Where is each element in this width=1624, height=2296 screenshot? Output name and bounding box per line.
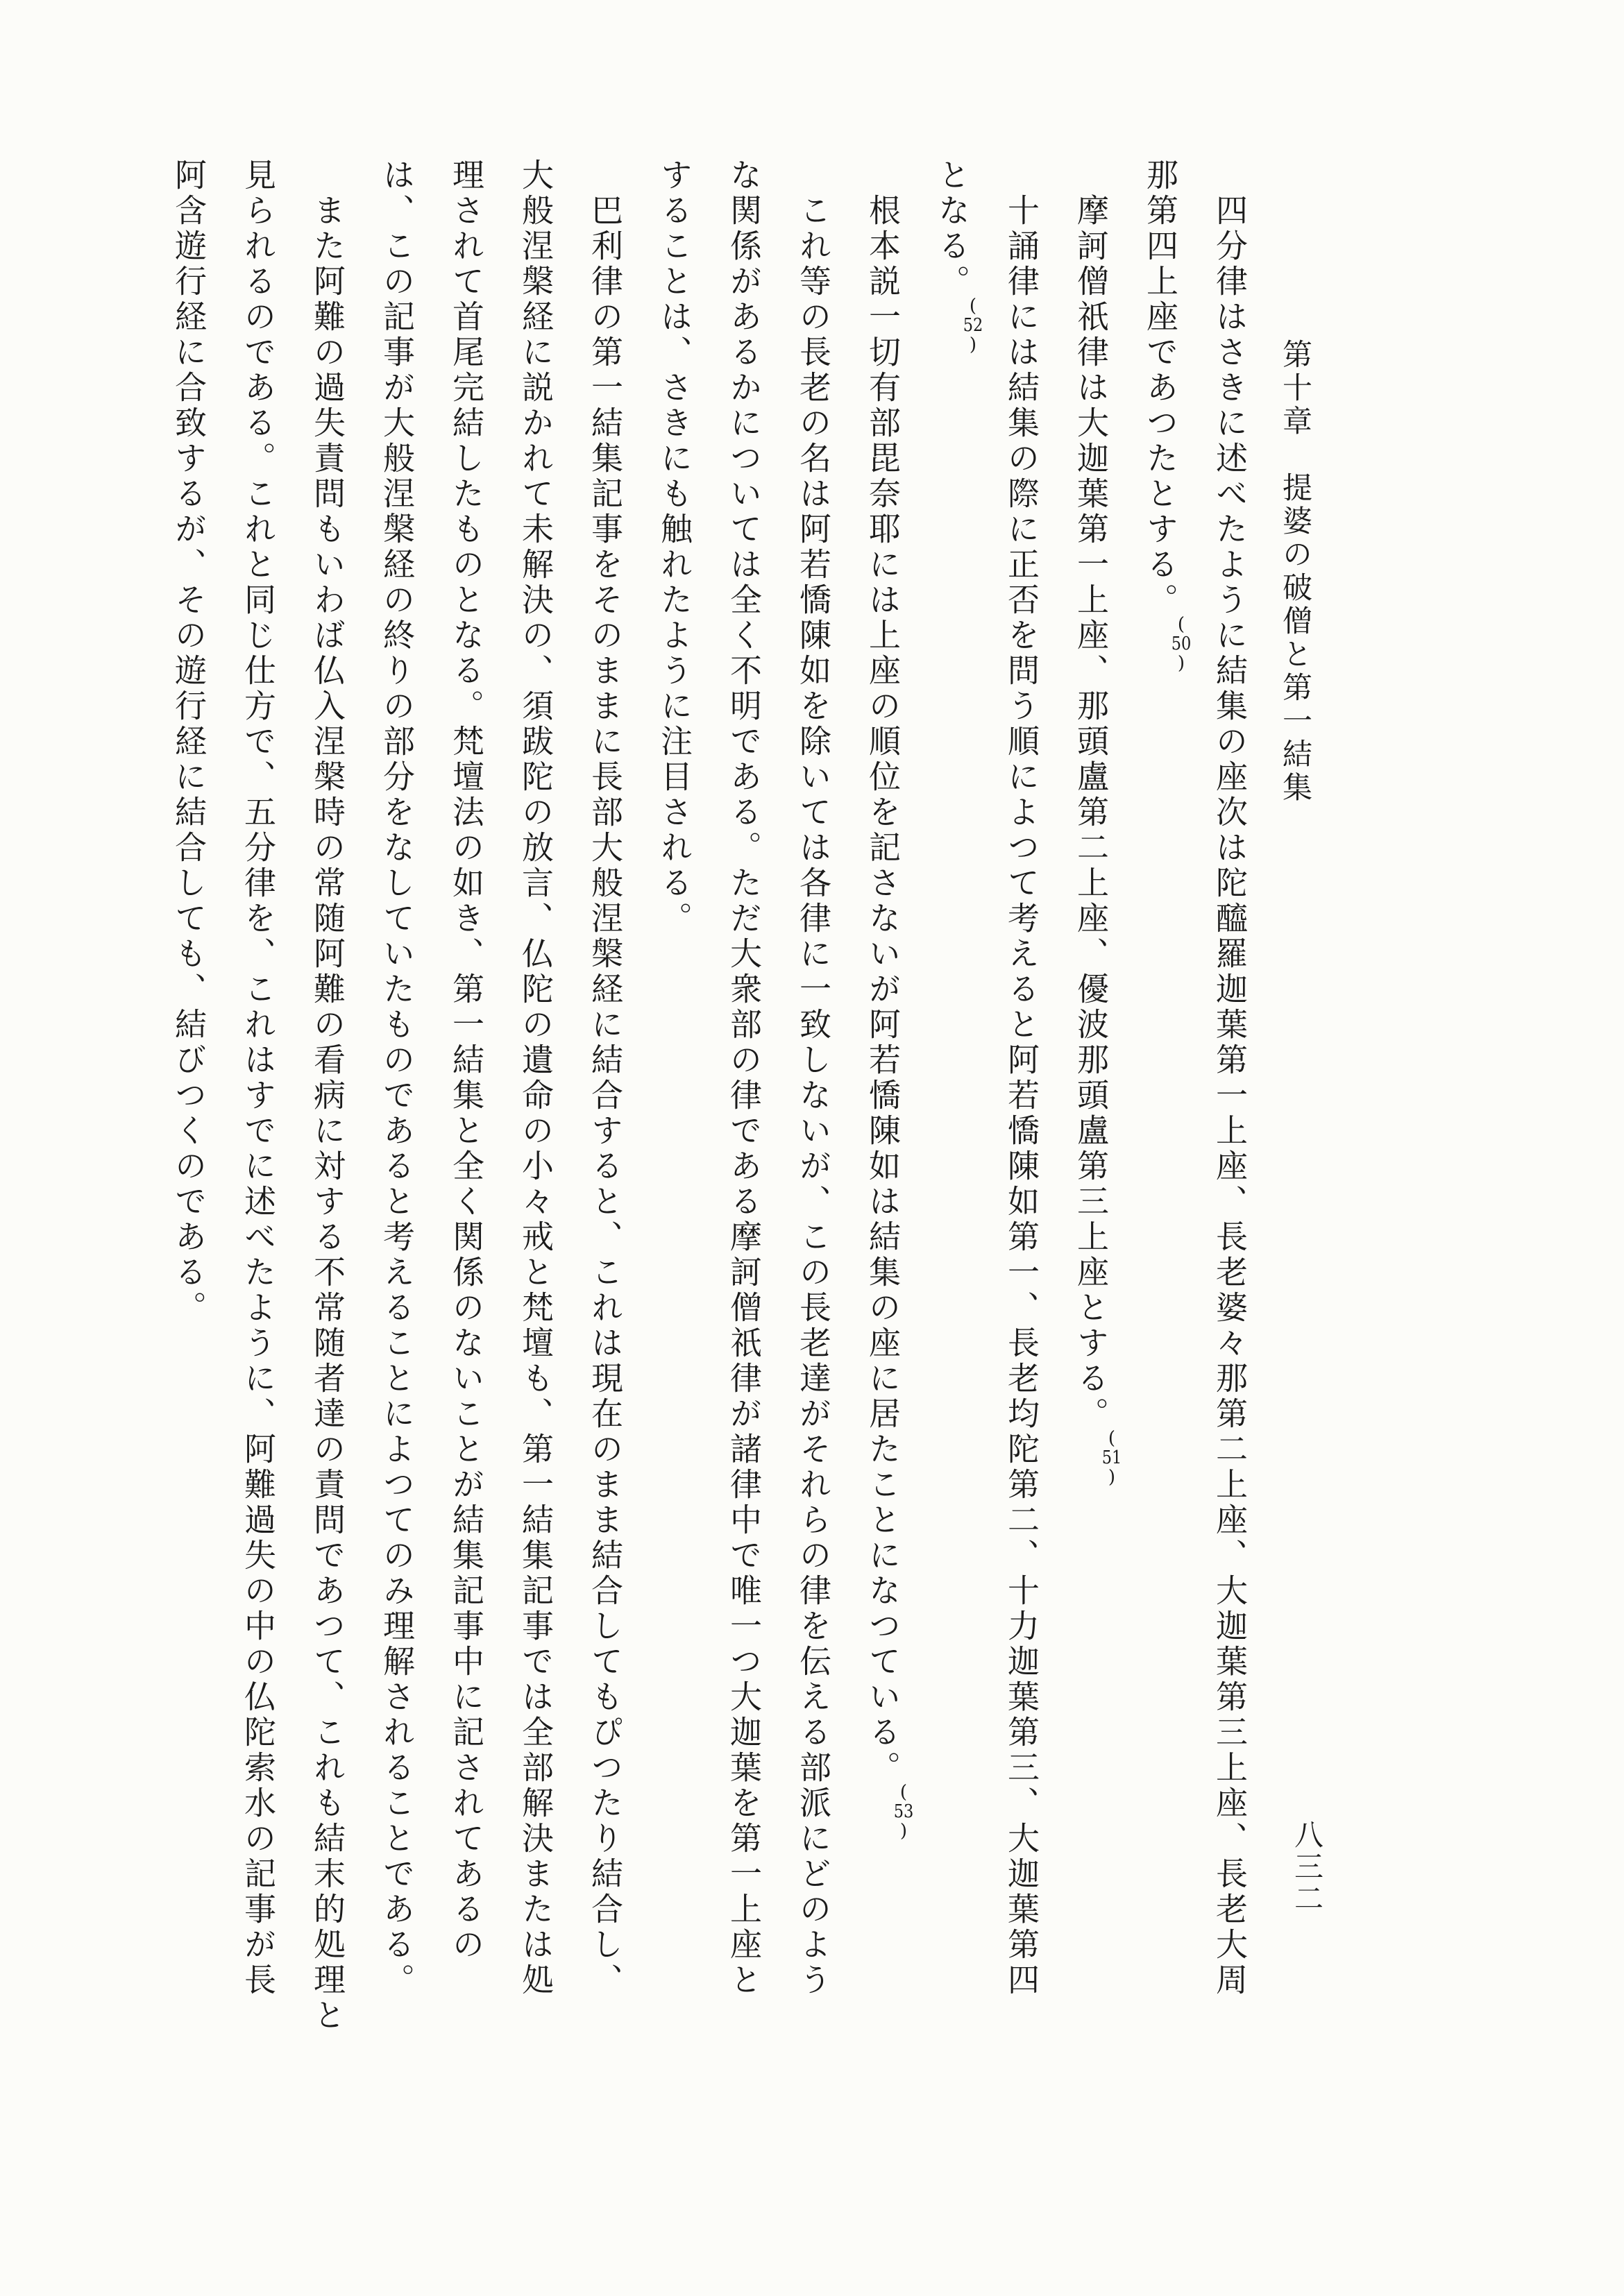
column-text: これ等の長老の名は阿若憍陳如を除いては各律に一致しないが、この長老達がそれらの律… <box>795 194 832 1998</box>
column-text: することは、さきにも触れたように注目される。 <box>656 158 693 937</box>
footnote-marker: (50) <box>1171 614 1192 674</box>
book-page: 第十章 提婆の破僧と第一結集 八三二 四分律はさきに述べたように結集の座次は陀醯… <box>0 0 1624 2296</box>
column-text: な関係があるかについては全く不明である。ただ大衆部の律である摩訶僧祇律が諸律中で… <box>725 158 763 1998</box>
text-column: これ等の長老の名は阿若憍陳如を除いては各律に一致しないが、この長老達がそれらの律… <box>779 158 848 2042</box>
column-text: 阿含遊行経に合致するが、その遊行経に結合しても、結びつくのである。 <box>170 158 208 1326</box>
footnote-number: 52 <box>963 316 983 334</box>
text-column: 見られるのである。これと同じ仕方で、五分律を、これはすでに述べたように、阿難過失… <box>223 158 293 2042</box>
text-column: 巴利律の第一結集記事をそのままに長部大般涅槃経に結合すると、これは現在のまま結合… <box>570 158 640 2042</box>
column-text: 那第四上座であつたとする。 <box>1142 158 1179 618</box>
footnote-marker: (52) <box>963 296 983 355</box>
footnote-paren-open: ( <box>893 1782 914 1803</box>
column-text: は、この記事が大般涅槃経の終りの部分をなしていたものであると考えることによつての… <box>378 158 416 1998</box>
column-text: となる。 <box>933 158 971 300</box>
footnote-paren-close: ) <box>963 334 983 355</box>
text-column: 阿含遊行経に合致するが、その遊行経に結合しても、結びつくのである。 <box>154 158 223 2042</box>
text-column: 根本説一切有部毘奈耶には上座の順位を記さないが阿若憍陳如は結集の座に居たことにな… <box>848 158 917 2042</box>
footnote-paren-open: ( <box>1101 1428 1122 1449</box>
column-text: 大般涅槃経に説かれて未解決の、須跋陀の放言、仏陀の遺命の小々戒と梵壇も、第一結集… <box>517 158 555 1998</box>
text-column: となる。(52) <box>917 158 987 2042</box>
text-column: 那第四上座であつたとする。(50) <box>1126 158 1195 2042</box>
footnote-marker: (53) <box>893 1782 914 1842</box>
text-column: することは、さきにも触れたように注目される。 <box>640 158 709 2042</box>
footnote-paren-open: ( <box>963 296 983 316</box>
column-text: 四分律はさきに述べたように結集の座次は陀醯羅迦葉第一上座、長老婆々那第二上座、大… <box>1211 194 1249 1998</box>
column-text: 理されて首尾完結したものとなる。梵壇法の如き、第一結集と全く関係のないことが結集… <box>448 158 485 1963</box>
text-column: 理されて首尾完結したものとなる。梵壇法の如き、第一結集と全く関係のないことが結集… <box>432 158 501 2042</box>
text-column: また阿難の過失責問もいわば仏入涅槃時の常随阿難の看病に対する不常随者達の責問であ… <box>293 158 362 2042</box>
text-column: 四分律はさきに述べたように結集の座次は陀醯羅迦葉第一上座、長老婆々那第二上座、大… <box>1195 158 1264 2042</box>
footnote-number: 50 <box>1171 635 1192 653</box>
column-text: 十誦律には結集の際に正否を問う順によつて考えると阿若憍陳如第一、長老均陀第二、十… <box>1003 194 1040 1998</box>
footnote-paren-close: ) <box>1171 653 1192 674</box>
column-text: 摩訶僧祇律は大迦葉第一上座、那頭盧第二上座、優波那頭盧第三上座とする。 <box>1072 194 1110 1432</box>
text-column: 大般涅槃経に説かれて未解決の、須跋陀の放言、仏陀の遺命の小々戒と梵壇も、第一結集… <box>501 158 570 2042</box>
footnote-paren-close: ) <box>1101 1467 1122 1488</box>
column-text: 見られるのである。これと同じ仕方で、五分律を、これはすでに述べたように、阿難過失… <box>239 158 277 1998</box>
text-column: は、この記事が大般涅槃経の終りの部分をなしていたものであると考えることによつての… <box>362 158 432 2042</box>
page-number: 八三二 <box>1289 1819 1324 1915</box>
text-column: 十誦律には結集の際に正否を問う順によつて考えると阿若憍陳如第一、長老均陀第二、十… <box>987 158 1056 2042</box>
text-column: 摩訶僧祇律は大迦葉第一上座、那頭盧第二上座、優波那頭盧第三上座とする。(51) <box>1056 158 1126 2042</box>
running-head: 第十章 提婆の破僧と第一結集 <box>1276 339 1314 805</box>
column-text: 巴利律の第一結集記事をそのままに長部大般涅槃経に結合すると、これは現在のまま結合… <box>586 194 624 1998</box>
footnote-number: 53 <box>893 1803 914 1821</box>
text-columns: 四分律はさきに述べたように結集の座次は陀醯羅迦葉第一上座、長老婆々那第二上座、大… <box>154 158 1264 2042</box>
text-column: な関係があるかについては全く不明である。ただ大衆部の律である摩訶僧祇律が諸律中で… <box>709 158 779 2042</box>
footnote-marker: (51) <box>1101 1428 1122 1488</box>
footnote-number: 51 <box>1101 1449 1122 1467</box>
column-text: 根本説一切有部毘奈耶には上座の順位を記さないが阿若憍陳如は結集の座に居たことにな… <box>864 194 902 1786</box>
footnote-paren-close: ) <box>893 1821 914 1842</box>
footnote-paren-open: ( <box>1171 614 1192 635</box>
column-text: また阿難の過失責問もいわば仏入涅槃時の常随阿難の看病に対する不常随者達の責問であ… <box>309 194 346 2034</box>
